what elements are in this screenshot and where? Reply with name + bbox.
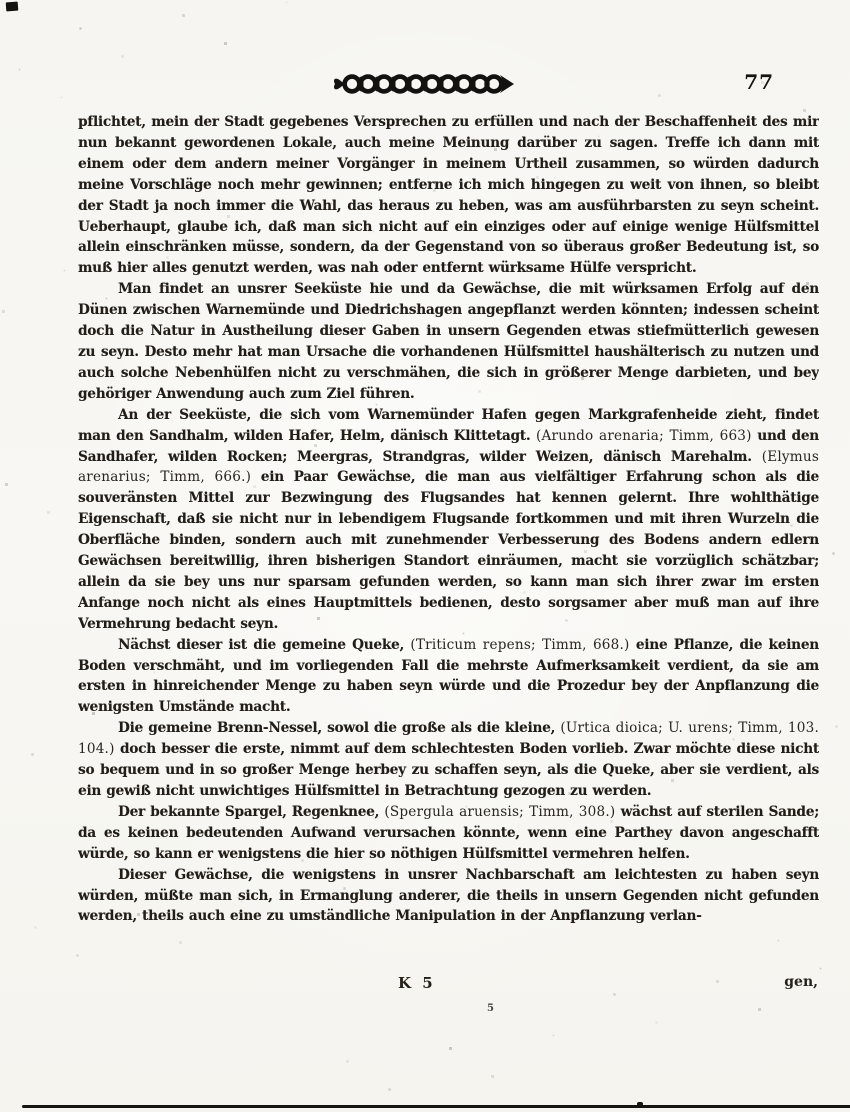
fraktur-text: Die gemeine Brenn-Nessel, sowol die groß… — [118, 720, 560, 736]
paragraph: Die gemeine Brenn-Nessel, sowol die groß… — [78, 718, 819, 802]
fraktur-text: Man findet an unsrer Seeküste hie und da… — [78, 281, 819, 402]
signature-mark: K 5 — [398, 974, 436, 992]
fraktur-text: Nächst dieser ist die gemeine Queke, — [118, 637, 410, 653]
latin-botanical-name: (Triticum repens; Timm, 668.) — [410, 637, 629, 653]
fraktur-text: ein Paar Gewächse, die man aus vielfälti… — [78, 469, 819, 631]
paper-specks — [0, 0, 1, 1]
paragraph: Nächst dieser ist die gemeine Queke, (Tr… — [78, 635, 819, 719]
fraktur-text: pflichtet, mein der Stadt gegebenes Vers… — [78, 114, 819, 276]
page-number: 77 — [743, 70, 774, 94]
scan-artifact-bottom-edge — [22, 1105, 850, 1108]
latin-botanical-name: (Spergula aruensis; Timm, 308.) — [384, 804, 615, 820]
press-figure: 5 — [487, 1003, 494, 1014]
catchword: gen, — [784, 974, 818, 990]
latin-botanical-name: (Arundo arenaria; Timm, 663) — [536, 428, 752, 444]
paragraph: Man findet an unsrer Seeküste hie und da… — [78, 279, 819, 404]
fraktur-text: Der bekannte Spargel, Regenknee, — [118, 804, 384, 820]
paragraph: pflichtet, mein der Stadt gegebenes Vers… — [78, 112, 819, 279]
fraktur-text: doch besser die erste, nimmt auf dem sch… — [78, 741, 819, 799]
scanned-book-page: 77 pflichtet, mein der Stadt gegebenes V… — [0, 0, 850, 1112]
paragraph: An der Seeküste, die sich vom Warnemünde… — [78, 405, 819, 635]
paragraph: Der bekannte Spargel, Regenknee, (Spergu… — [78, 802, 819, 865]
fraktur-text: Dieser Gewächse, die wenigstens in unsre… — [78, 867, 819, 925]
paragraph: Dieser Gewächse, die wenigstens in unsre… — [78, 865, 819, 928]
chain-ornament-icon — [330, 70, 516, 98]
scan-artifact-corner-mark — [6, 2, 19, 12]
body-text: pflichtet, mein der Stadt gegebenes Vers… — [78, 112, 819, 984]
